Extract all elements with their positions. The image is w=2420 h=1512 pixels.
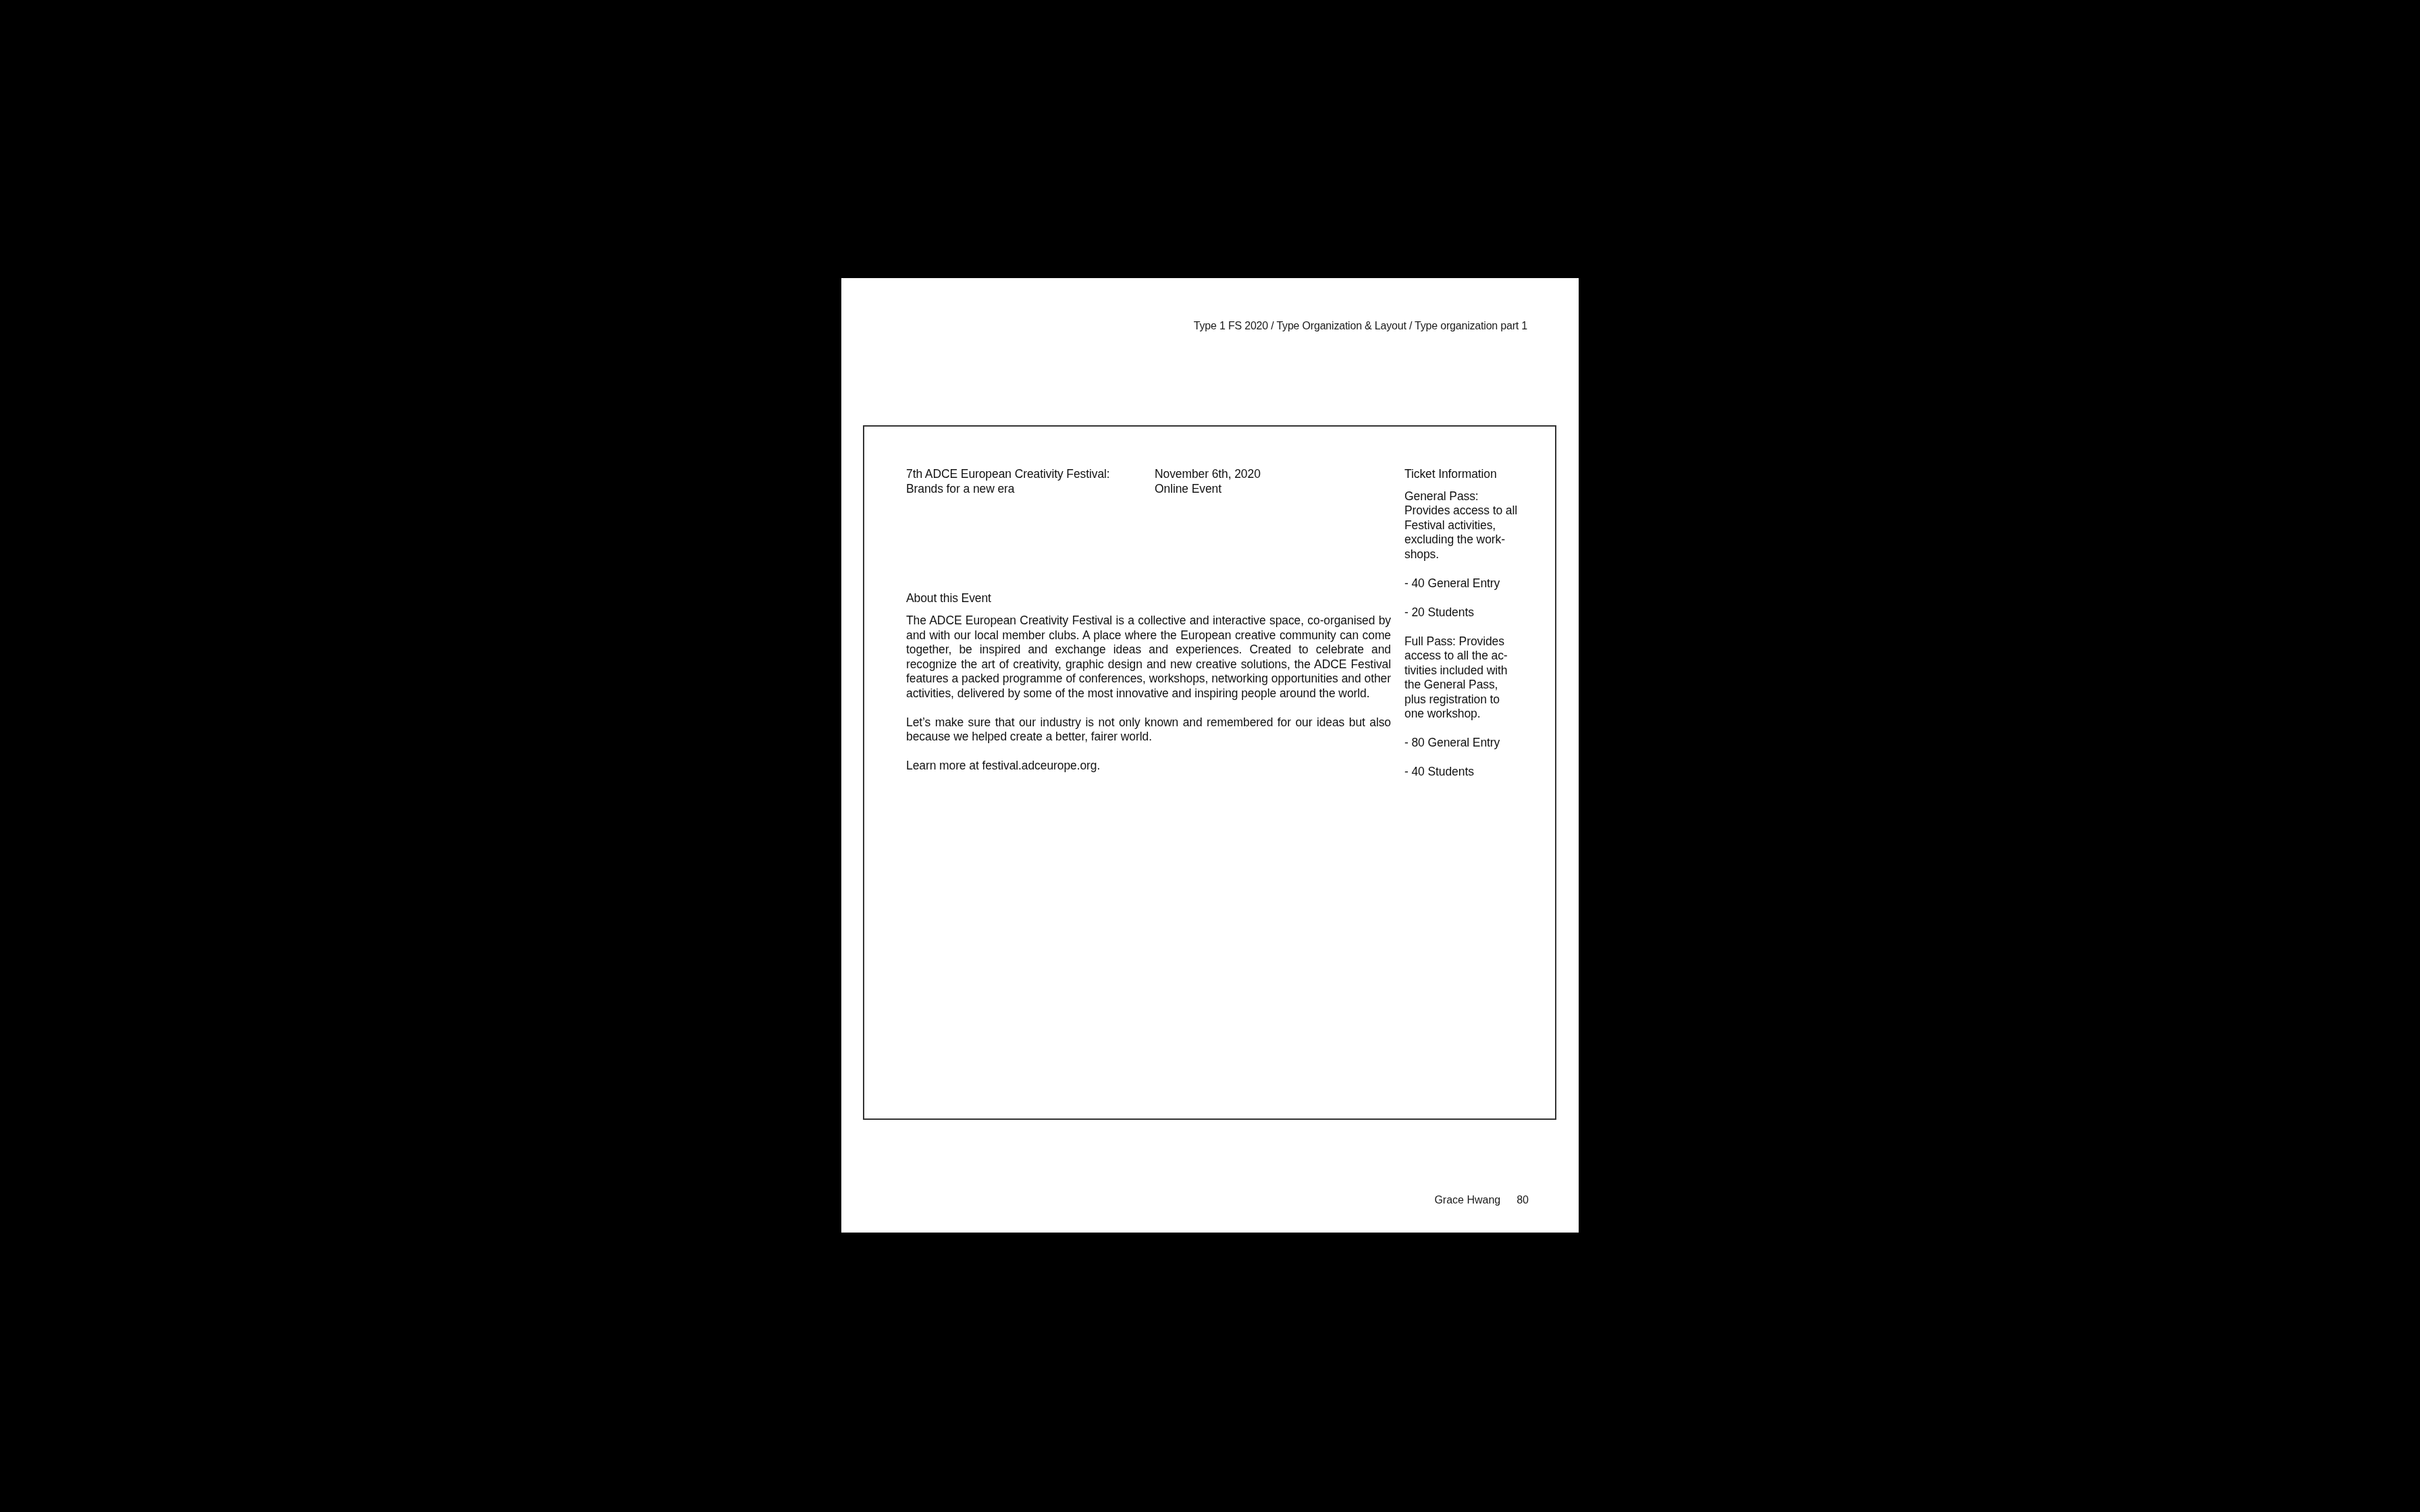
event-title: 7th ADCE European Creativity Festival: B… [906,467,1136,496]
about-paragraph: The ADCE European Creativity Festival is… [906,614,1391,701]
general-pass-price-general: - 40 General Entry [1404,576,1519,591]
running-head: Type 1 FS 2020 / Type Organization & Lay… [1194,321,1527,333]
ticket-heading: Ticket Information [1404,467,1519,482]
document-page: Type 1 FS 2020 / Type Organization & Lay… [841,278,1579,1233]
event-location: Online Event [1155,482,1357,497]
event-title-line-2: Brands for a new era [906,482,1136,497]
event-title-line-1: 7th ADCE European Creativity Festival: [906,467,1136,482]
page-footer: Grace Hwang80 [1434,1195,1529,1207]
event-date-location: November 6th, 2020 Online Event [1155,467,1357,496]
content-frame: 7th ADCE European Creativity Festival: B… [863,425,1556,1120]
about-paragraph: Let’s make sure that our industry is not… [906,715,1391,745]
about-heading: About this Event [906,591,1392,606]
page-number: 80 [1517,1195,1529,1206]
author-name: Grace Hwang [1434,1195,1500,1206]
full-pass-description: Full Pass: Provides access to all the ac… [1404,634,1519,722]
full-pass-price-general: - 80 General Entry [1404,736,1519,751]
ticket-information: Ticket Information General Pass: Provide… [1404,467,1519,780]
learn-more-text: Learn more at festival.adceurope.org. [906,759,1391,774]
event-date: November 6th, 2020 [1155,467,1357,482]
full-pass-price-students: - 40 Students [1404,765,1519,780]
general-pass-description: General Pass: Provides access to all Fes… [1404,489,1519,562]
general-pass-price-students: - 20 Students [1404,605,1519,620]
about-body: The ADCE European Creativity Festival is… [906,614,1391,774]
